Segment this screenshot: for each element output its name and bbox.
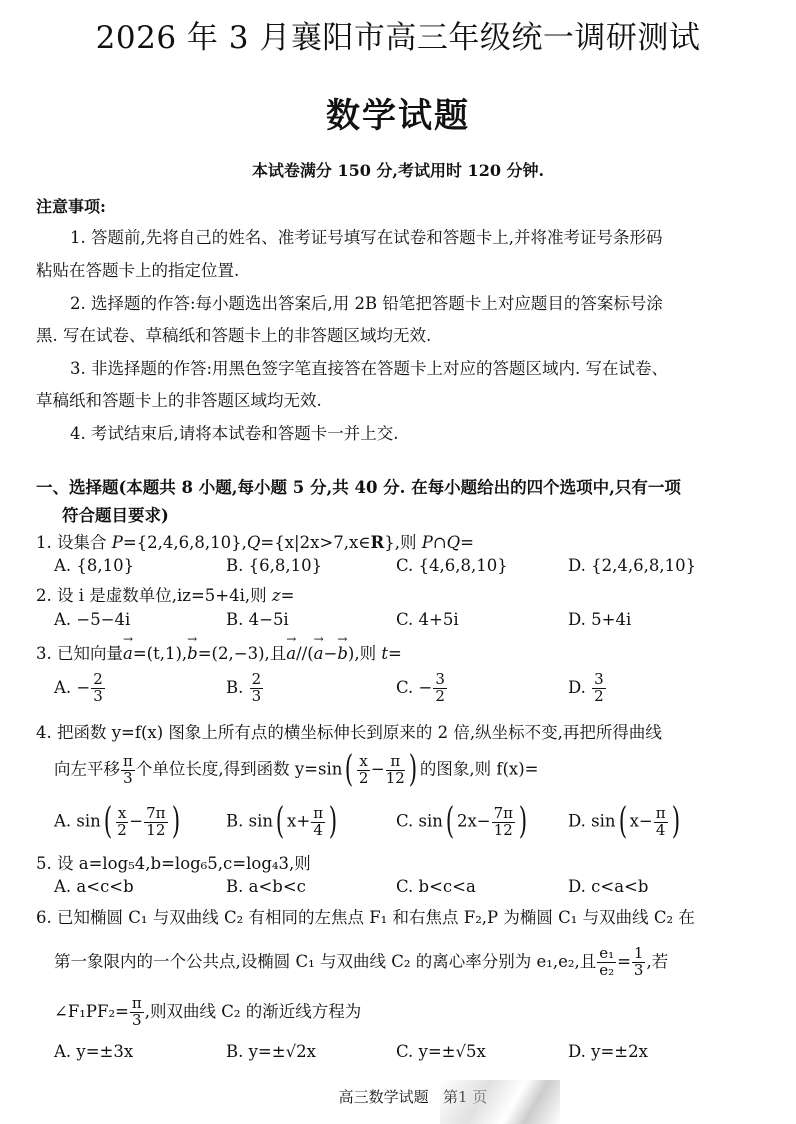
fraction: π4 xyxy=(654,806,668,839)
question-1-option-b: B. {6,8,10} xyxy=(226,556,322,575)
exam-title: 2026 年 3 月襄阳市高三年级统一调研测试 xyxy=(0,12,796,57)
vector-b: b xyxy=(187,644,198,663)
fraction: π3 xyxy=(130,996,144,1029)
fraction: π4 xyxy=(311,806,325,839)
vector-a: a xyxy=(123,644,133,663)
subject-title: 数学试题 xyxy=(0,88,796,137)
notice-item-2-line2: 黑. 写在试卷、草稿纸和答题卡上的非答题区域均无效. xyxy=(36,322,431,346)
question-5-stem: 5. 设 a=log₅4,b=log₆5,c=log₄3,则 xyxy=(36,850,311,874)
question-1-stem: 1. 设集合 P={2,4,6,8,10},Q={x|2x>7,x∈R},则 P… xyxy=(36,529,474,553)
notice-heading: 注意事项: xyxy=(36,194,106,217)
question-6-option-b: B. y=±√2x xyxy=(226,1042,316,1061)
fraction: π12 xyxy=(386,754,405,787)
fraction: 32 xyxy=(592,672,606,705)
page-footer: 高三数学试题 第1 页 xyxy=(0,1086,796,1107)
fraction: e₁e₂ xyxy=(597,946,616,979)
question-3-option-c: C. −32 xyxy=(396,672,448,705)
fraction: π3 xyxy=(121,754,135,787)
section-heading-line1: 一、选择题(本题共 8 小题,每小题 5 分,共 40 分. 在每小题给出的四个… xyxy=(36,474,681,498)
question-5-option-b: B. a<b<c xyxy=(226,877,306,896)
question-3-option-d: D. 32 xyxy=(568,672,607,705)
footer-label: 高三数学试题 xyxy=(339,1088,429,1106)
question-4-option-c: C. sin(2x−7π12) xyxy=(396,804,530,840)
question-1-option-a: A. {8,10} xyxy=(54,556,134,575)
fraction: 23 xyxy=(91,672,105,705)
watermark-smudge xyxy=(440,1080,560,1124)
question-6-option-a: A. y=±3x xyxy=(54,1042,133,1061)
question-6-stem-line2: 第一象限内的一个公共点,设椭圆 C₁ 与双曲线 C₂ 的离心率分别为 e₁,e₂… xyxy=(54,946,668,979)
question-6-option-c: C. y=±√5x xyxy=(396,1042,486,1061)
fraction: 7π12 xyxy=(492,806,515,839)
question-4-option-d: D. sin(x−π4) xyxy=(568,804,683,840)
question-1-option-d: D. {2,4,6,8,10} xyxy=(568,556,696,575)
notice-item-1-line1: 1. 答题前,先将自己的姓名、准考证号填写在试卷和答题卡上,并将准考证号条形码 xyxy=(70,224,662,248)
notice-item-3-line2: 草稿纸和答题卡上的非答题区域均无效. xyxy=(36,387,322,411)
question-6-stem-line1: 6. 已知椭圆 C₁ 与双曲线 C₂ 有相同的左焦点 F₁ 和右焦点 F₂,P … xyxy=(36,904,695,928)
fraction: x2 xyxy=(116,806,128,839)
question-4-option-a: A. sin(x2−7π12) xyxy=(54,804,183,840)
question-2-option-d: D. 5+4i xyxy=(568,610,631,629)
question-2-option-a: A. −5−4i xyxy=(54,610,130,629)
vector-b: b xyxy=(337,644,348,663)
question-6-option-d: D. y=±2x xyxy=(568,1042,648,1061)
vector-a: a xyxy=(286,644,296,663)
question-4-stem-line2: 向左平移π3个单位长度,得到函数 y=sin(x2−π12)的图象,则 f(x)… xyxy=(54,752,538,788)
question-6-stem-line3: ∠F₁PF₂=π3,则双曲线 C₂ 的渐近线方程为 xyxy=(54,996,361,1029)
vector-a: a xyxy=(314,644,324,663)
notice-item-3-line1: 3. 非选择题的作答:用黑色签字笔直接答在答题卡上对应的答题区域内. 写在试卷、 xyxy=(70,355,668,379)
question-4-option-b: B. sin(x+π4) xyxy=(226,804,340,840)
question-2-stem: 2. 设 i 是虚数单位,iz=5+4i,则 z= xyxy=(36,582,294,606)
fraction: 23 xyxy=(250,672,264,705)
question-4-stem-line1: 4. 把函数 y=f(x) 图象上所有点的横坐标伸长到原来的 2 倍,纵坐标不变… xyxy=(36,719,662,743)
question-1-option-c: C. {4,6,8,10} xyxy=(396,556,508,575)
question-5-option-d: D. c<a<b xyxy=(568,877,648,896)
question-2-option-b: B. 4−5i xyxy=(226,610,289,629)
question-2-option-c: C. 4+5i xyxy=(396,610,459,629)
question-5-option-c: C. b<c<a xyxy=(396,877,476,896)
question-3-option-b: B. 23 xyxy=(226,672,264,705)
notice-item-4: 4. 考试结束后,请将本试卷和答题卡一并上交. xyxy=(70,420,398,444)
question-3-option-a: A. −23 xyxy=(54,672,106,705)
notice-item-2-line1: 2. 选择题的作答:每小题选出答案后,用 2B 铅笔把答题卡上对应题目的答案标号… xyxy=(70,290,663,314)
question-5-option-a: A. a<c<b xyxy=(54,877,134,896)
fraction: 32 xyxy=(433,672,447,705)
section-heading-line2: 符合题目要求) xyxy=(62,502,169,526)
notice-item-1-line2: 粘贴在答题卡上的指定位置. xyxy=(36,257,239,281)
fraction: x2 xyxy=(357,754,369,787)
fraction: 7π12 xyxy=(144,806,167,839)
question-3-stem: 3. 已知向量a=(t,1),b=(2,−3),且a//(a−b),则 t= xyxy=(36,640,402,664)
fraction: 13 xyxy=(632,946,646,979)
exam-meta: 本试卷满分 150 分,考试用时 120 分钟. xyxy=(0,158,796,181)
